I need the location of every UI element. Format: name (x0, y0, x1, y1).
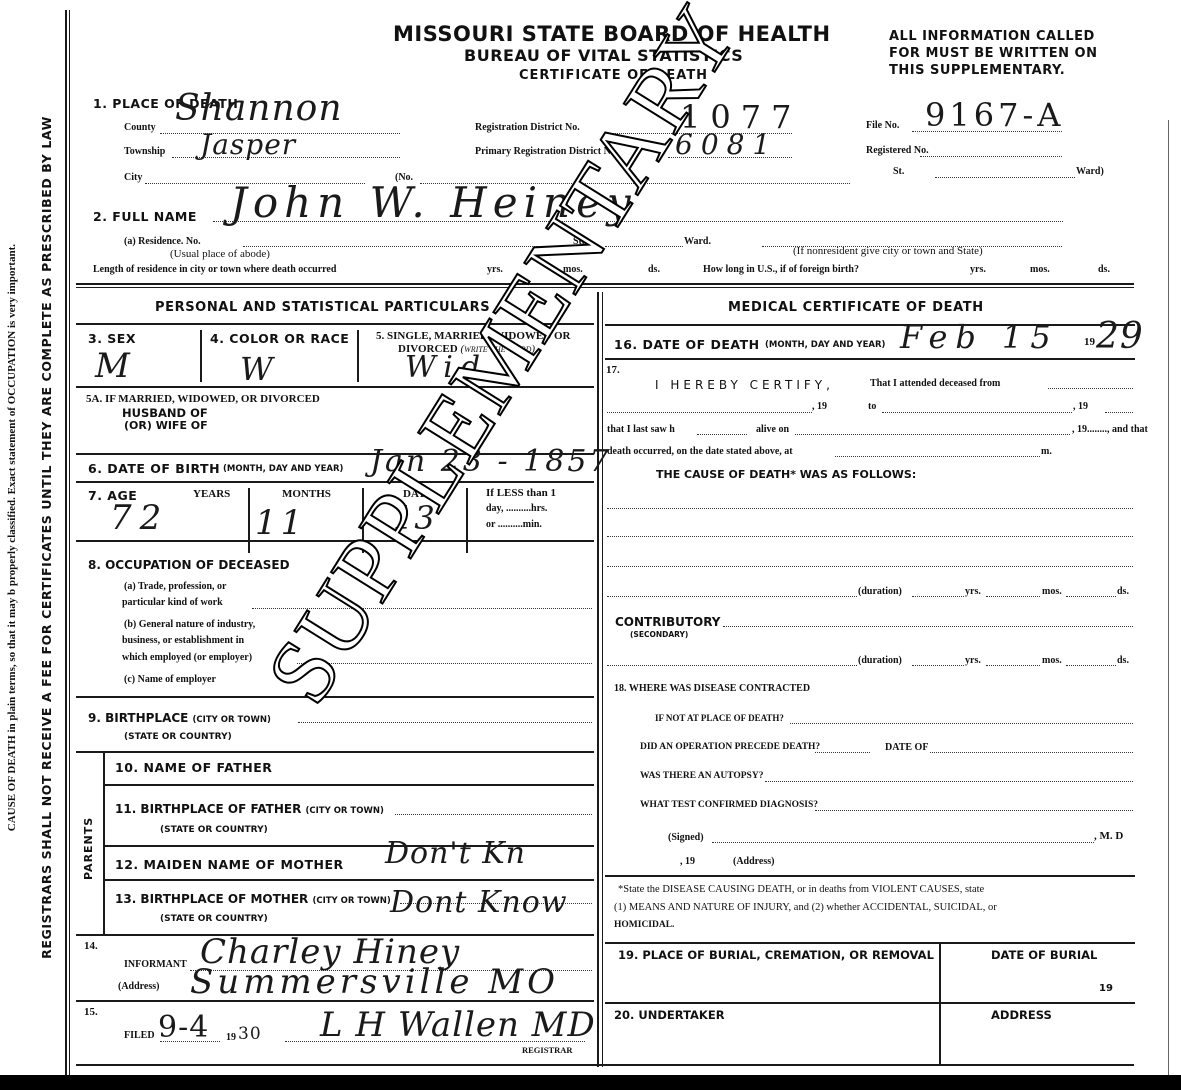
registered-no-label: Registered No. (866, 145, 929, 156)
undertaker-label: 20. UNDERTAKER (614, 1008, 725, 1022)
burial-date-19: 19 (1099, 983, 1113, 994)
duration-label-2: (duration) (858, 655, 902, 666)
duration-yrs-field[interactable] (912, 596, 964, 597)
file-no-value: 9167-A (925, 96, 1064, 134)
filed-year-prefix: 19 (226, 1032, 236, 1043)
filed-date-value: 9-4 (158, 1010, 209, 1045)
dob-label: 6. DATE OF BIRTH (88, 461, 220, 476)
mother-state-label: (STATE OR COUNTRY) (160, 914, 268, 924)
residence-label: (a) Residence. No. (124, 236, 201, 247)
birthplace-label: 9. BIRTHPLACE (CITY OR TOWN) (88, 711, 271, 725)
duration2-mos: mos. (1042, 655, 1062, 666)
husband-of-label: HUSBAND OF (122, 406, 208, 420)
informant-num: 14. (84, 940, 98, 952)
foreign-mos: mos. (1030, 264, 1050, 275)
abode-label: (Usual place of abode) (170, 248, 270, 260)
death-occurred-label: death occurred, on the date stated above… (607, 446, 793, 457)
informant-address-value: Summersville MO (190, 962, 559, 1002)
death-time-m: m. (1041, 446, 1052, 457)
dod-year-value: 29 (1096, 316, 1144, 357)
date-of-label: DATE OF (885, 742, 928, 753)
dod-year-prefix: 19 (1084, 336, 1095, 348)
foreign-ds: ds. (1098, 264, 1110, 275)
footnote-3: HOMICIDAL. (614, 920, 674, 930)
footnote-1: *State the DISEASE CAUSING DEATH, or in … (618, 884, 984, 895)
death-time-field[interactable] (835, 456, 1040, 457)
attended-to-year-field[interactable] (1105, 412, 1133, 413)
registered-no-field[interactable] (920, 156, 1062, 157)
mother-name-value: Don't Kn (385, 836, 526, 871)
test-field[interactable] (815, 810, 1133, 811)
signed-label: (Signed) (668, 832, 704, 843)
filed-year-value: 30 (238, 1024, 262, 1044)
father-name-label: 10. NAME OF FATHER (115, 760, 272, 775)
margin-note-registrars: REGISTRARS SHALL NOT RECEIVE A FEE FOR C… (36, 0, 56, 1075)
occ-a-label-2: particular kind of work (122, 597, 223, 608)
duration-mos-field[interactable] (986, 596, 1040, 597)
contributory-field[interactable] (723, 626, 1133, 627)
occ-b-label-2: business, or establishment in (122, 635, 244, 646)
months-value: 11 (255, 503, 306, 543)
form-right-border (1168, 120, 1169, 1075)
alive-on-label: alive on (756, 424, 789, 435)
duration2-yrs: yrs. (965, 655, 981, 666)
mother-name-label: 12. MAIDEN NAME OF MOTHER (115, 857, 344, 872)
dod-sub-label: (MONTH, DAY AND YEAR) (765, 340, 885, 350)
certify-rest: That I attended deceased from (870, 378, 1000, 389)
township-label: Township (124, 146, 165, 157)
rule (104, 784, 594, 786)
city-st-field[interactable] (935, 177, 1075, 178)
burial-place-label: 19. PLACE OF BURIAL, CREMATION, OR REMOV… (618, 948, 934, 962)
filed-num: 15. (84, 1006, 98, 1018)
secondary-label: (SECONDARY) (630, 630, 688, 639)
and-that-label: , 19........, and that (1072, 424, 1148, 435)
city-st-label: St. (893, 166, 904, 177)
county-label: County (124, 122, 156, 133)
certify-label: I HEREBY CERTIFY, (655, 378, 834, 392)
autopsy-label: WAS THERE AN AUTOPSY? (640, 771, 763, 781)
operation-label: DID AN OPERATION PRECEDE DEATH? (640, 742, 820, 752)
column-divider-inner (602, 292, 603, 1067)
undertaker-address-label: ADDRESS (991, 1008, 1052, 1022)
duration-ds: ds. (1117, 586, 1129, 597)
certify-19b: , 19 (1073, 401, 1088, 412)
county-value: Shannon (175, 88, 343, 129)
length-residence-label: Length of residence in city or town wher… (93, 264, 336, 275)
physician-address-label: (Address) (733, 856, 774, 867)
form-left-border-inner (69, 10, 70, 1075)
length-ds: ds. (648, 264, 660, 275)
residence-ward-label: Ward. (684, 236, 711, 247)
township-value: Jasper (200, 128, 296, 161)
registrar-signature: L H Wallen MD (320, 1005, 596, 1045)
form-left-border (65, 10, 67, 1075)
rule (76, 481, 594, 483)
years-label: YEARS (193, 488, 230, 500)
item-18-label: 18. WHERE WAS DISEASE CONTRACTED (614, 683, 810, 694)
test-label: WHAT TEST CONFIRMED DIAGNOSIS? (640, 800, 818, 810)
rule (76, 751, 594, 753)
duration2-mos-field[interactable] (986, 665, 1040, 666)
autopsy-field[interactable] (765, 781, 1133, 782)
cause-line-2[interactable] (607, 536, 1133, 537)
duration-yrs: yrs. (965, 586, 981, 597)
alive-on-field[interactable] (795, 434, 1070, 435)
duration-mos: mos. (1042, 586, 1062, 597)
bottom-rule (76, 1064, 1134, 1066)
margin-note-nb: CAUSE OF DEATH in plain terms, so that i… (2, 0, 22, 1075)
scan-border (0, 1075, 1181, 1090)
parents-divider (103, 752, 105, 934)
full-name-label: 2. FULL NAME (93, 209, 197, 224)
certify-19a: , 19 (812, 401, 827, 412)
color-race-value: W (240, 350, 274, 388)
last-saw-pronoun-field[interactable] (697, 434, 747, 435)
dob-sub-label: (MONTH, DAY AND YEAR) (223, 464, 343, 474)
less-than-day-hrs: day, ..........hrs. (486, 503, 547, 514)
nonresident-note: (If nonresident give city or town and St… (793, 245, 983, 257)
disease-contracted-field[interactable] (790, 723, 1133, 724)
sex-value: M (95, 346, 131, 386)
signed-19: , 19 (680, 856, 695, 867)
attended-from-date-field[interactable] (607, 412, 812, 413)
filed-label: FILED (124, 1030, 155, 1041)
months-label: MONTHS (282, 488, 331, 500)
wife-of-label: (OR) WIFE OF (124, 419, 208, 432)
birthplace-state-label: (STATE OR COUNTRY) (124, 732, 232, 742)
cause-line-4[interactable] (607, 596, 857, 597)
divider (357, 330, 359, 382)
cause-line-1[interactable] (607, 508, 1133, 509)
divider (939, 944, 941, 1064)
contributory-label: CONTRIBUTORY (615, 615, 721, 629)
burial-date-label: DATE OF BURIAL (991, 948, 1097, 962)
occ-c-label: (c) Name of employer (124, 674, 216, 685)
mother-birthplace-value: Dont Know (390, 885, 568, 920)
mother-birthplace-label: 13. BIRTHPLACE OF MOTHER (CITY OR TOWN) (115, 892, 391, 906)
operation-field[interactable] (815, 752, 870, 753)
occ-b-label: (b) General nature of industry, (124, 619, 255, 630)
cause-of-death-label: THE CAUSE OF DEATH* WAS AS FOLLOWS: (656, 468, 916, 481)
divider (200, 330, 202, 382)
rule (605, 358, 1135, 360)
city-ward-label: Ward) (1076, 166, 1104, 177)
rule (605, 875, 1135, 877)
less-than-day-label: If LESS than 1 (486, 487, 556, 499)
sex-label: 3. SEX (88, 331, 136, 346)
foreign-birth-label: How long in U.S., if of foreign birth? (703, 264, 859, 275)
father-birthplace-label: 11. BIRTHPLACE OF FATHER (CITY OR TOWN) (115, 802, 384, 816)
divider (248, 488, 250, 553)
years-value: 72 (110, 498, 169, 538)
file-no-label: File No. (866, 120, 899, 131)
reg-district-label: Registration District No. (475, 122, 580, 133)
rule (104, 879, 594, 881)
certify-to: to (868, 401, 876, 412)
registrar-label: REGISTRAR (522, 1045, 573, 1055)
father-state-label: (STATE OR COUNTRY) (160, 825, 268, 835)
column-divider (597, 292, 599, 1067)
duration2-ds-field[interactable] (1066, 665, 1116, 666)
dod-value: Feb 15 (900, 318, 1059, 356)
if-not-place-label: IF NOT AT PLACE OF DEATH? (655, 713, 784, 723)
rule (605, 1002, 1135, 1004)
supplementary-notice: ALL INFORMATION CALLED FOR MUST BE WRITT… (889, 28, 1097, 79)
contributory-line-2[interactable] (607, 665, 857, 666)
occ-a-label: (a) Trade, profession, or (124, 581, 227, 592)
less-than-day-min: or ..........min. (486, 519, 542, 530)
attended-from-field[interactable] (1048, 388, 1133, 389)
attended-to-field[interactable] (882, 412, 1072, 413)
footnote-2: (1) MEANS AND NATURE OF INJURY, and (2) … (614, 902, 997, 913)
operation-date-field[interactable] (930, 752, 1133, 753)
physician-signature-field[interactable] (712, 842, 1094, 843)
city-label: City (124, 172, 142, 183)
color-race-label: 4. COLOR OR RACE (210, 331, 349, 346)
personal-section-title: PERSONAL AND STATISTICAL PARTICULARS (155, 300, 490, 315)
last-saw-label: that I last saw h (607, 424, 675, 435)
parents-side-label: PARENTS (82, 817, 95, 880)
informant-label: INFORMANT (124, 959, 187, 970)
rule (76, 1000, 594, 1002)
occ-b-label-3: which employed (or employer) (122, 652, 252, 663)
duration-ds-field[interactable] (1066, 596, 1116, 597)
father-birthplace-field[interactable] (395, 814, 592, 815)
duration-label: (duration) (858, 586, 902, 597)
duration2-ds: ds. (1117, 655, 1129, 666)
medical-section-title: MEDICAL CERTIFICATE OF DEATH (728, 300, 984, 315)
occupation-label: 8. OCCUPATION OF DECEASED (88, 558, 290, 572)
cause-line-3[interactable] (607, 566, 1133, 567)
birthplace-city-field[interactable] (298, 722, 592, 723)
dod-label: 16. DATE OF DEATH (614, 337, 760, 352)
rule (605, 942, 1135, 944)
foreign-yrs: yrs. (970, 264, 986, 275)
form-title: MISSOURI STATE BOARD OF HEALTH (393, 22, 831, 46)
md-label: , M. D (1094, 830, 1123, 842)
duration2-yrs-field[interactable] (912, 665, 964, 666)
item-17-label: 17. (606, 364, 620, 376)
spouse-label: 5A. IF MARRIED, WIDOWED, OR DIVORCED (86, 393, 320, 405)
informant-address-label: (Address) (118, 981, 159, 992)
